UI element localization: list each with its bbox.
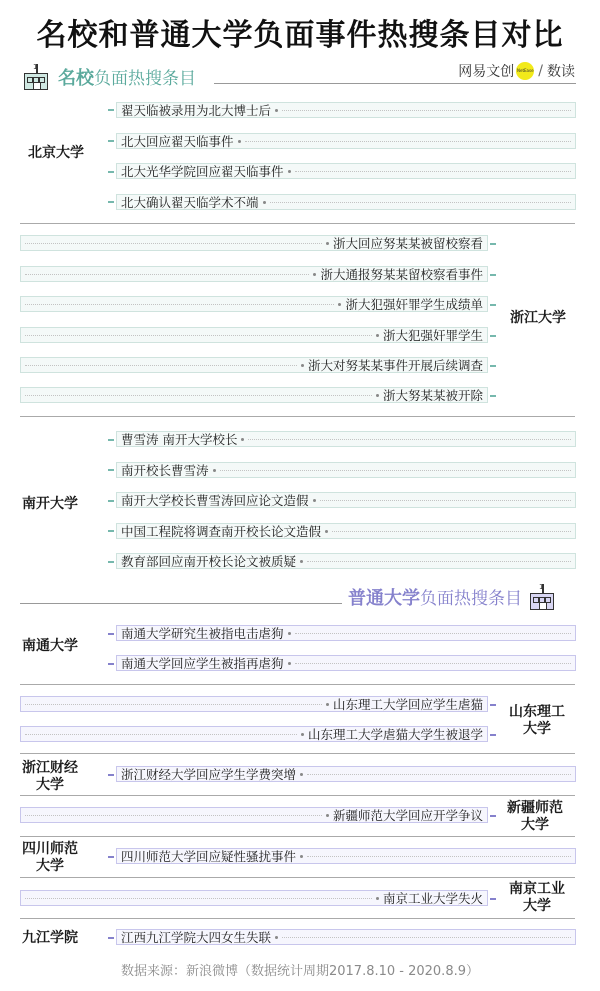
university-label: 浙江财经大学 <box>22 760 78 794</box>
title-ordinary: 普通大学 <box>130 10 254 54</box>
list-item: 新疆师范大学回应开学争议 <box>20 807 488 823</box>
university-label: 北京大学 <box>28 145 84 162</box>
divider <box>20 836 575 837</box>
list-item: 浙大通报努某某留校察看事件 <box>20 266 488 282</box>
title-elite: 名校 <box>37 10 99 54</box>
list-item: 北大光华学院回应翟天临事件 <box>116 163 576 179</box>
list-item: 浙大回应努某某被留校察看 <box>20 235 488 251</box>
school-building-icon: 1 <box>530 584 556 610</box>
divider <box>20 684 575 685</box>
list-item: 南通大学回应学生被指再虐狗 <box>116 655 576 671</box>
list-item: 浙江财经大学回应学生学费突增 <box>116 766 576 782</box>
title-rest: 负面事件热搜条目对比 <box>254 18 564 53</box>
university-label: 四川师范大学 <box>22 841 78 875</box>
list-item: 浙大努某某被开除 <box>20 387 488 403</box>
list-item: 中国工程院将调查南开校长论文造假 <box>116 523 576 539</box>
university-label: 山东理工大学 <box>509 704 565 738</box>
page-title: 名校和普通大学负面事件热搜条目对比 <box>0 10 600 54</box>
list-item: 南通大学研究生被指电击虐狗 <box>116 625 576 641</box>
list-item: 江西九江学院大四女生失联 <box>116 929 576 945</box>
divider <box>20 918 575 919</box>
list-item: 教育部回应南开校长论文被质疑 <box>116 553 576 569</box>
divider <box>20 753 575 754</box>
list-item: 曹雪涛 南开大学校长 <box>116 431 576 447</box>
list-item: 四川师范大学回应疑性骚扰事件 <box>116 848 576 864</box>
section-label-ordinary: 普通大学负面热搜条目 <box>348 584 522 610</box>
university-label: 浙江大学 <box>510 310 566 327</box>
list-item: 浙大对努某某事件开展后续调查 <box>20 357 488 373</box>
university-label: 九江学院 <box>22 930 78 947</box>
divider <box>20 877 575 878</box>
brand-sub: 数读 <box>547 61 575 81</box>
university-label: 南开大学 <box>22 496 78 513</box>
title-and: 和 <box>99 18 130 53</box>
list-item: 南京工业大学失火 <box>20 890 488 906</box>
university-label: 南通大学 <box>22 638 78 655</box>
list-item: 翟天临被录用为北大博士后 <box>116 102 576 118</box>
netease-dot-icon: NetEase <box>516 62 534 80</box>
list-item: 北大回应翟天临事件 <box>116 133 576 149</box>
data-source: 数据来源：新浪微博（数据统计周期2017.8.10 - 2020.8.9） <box>0 960 600 979</box>
university-label: 新疆师范大学 <box>507 800 563 834</box>
section-header-elite: 1 名校负面热搜条目 <box>24 64 196 90</box>
section-rule <box>20 603 342 604</box>
brand-name: 网易文创 <box>458 61 514 81</box>
list-item: 浙大犯强奸罪学生 <box>20 327 488 343</box>
list-item: 山东理工大学虐猫大学生被退学 <box>20 726 488 742</box>
section-label-elite: 名校负面热搜条目 <box>58 64 196 90</box>
university-label: 南京工业大学 <box>509 881 565 915</box>
list-item: 南开大学校长曹雪涛回应论文造假 <box>116 492 576 508</box>
divider <box>20 795 575 796</box>
divider <box>20 223 575 224</box>
section-rule <box>214 83 576 84</box>
list-item: 山东理工大学回应学生虐猫 <box>20 696 488 712</box>
school-building-icon: 1 <box>24 64 50 90</box>
section-header-ordinary: 普通大学负面热搜条目 1 <box>348 584 556 610</box>
list-item: 南开校长曹雪涛 <box>116 462 576 478</box>
list-item: 浙大犯强奸罪学生成绩单 <box>20 296 488 312</box>
divider <box>20 416 575 417</box>
brand-logo: 网易文创 NetEase / 数读 <box>458 61 575 81</box>
list-item: 北大确认翟天临学术不端 <box>116 194 576 210</box>
